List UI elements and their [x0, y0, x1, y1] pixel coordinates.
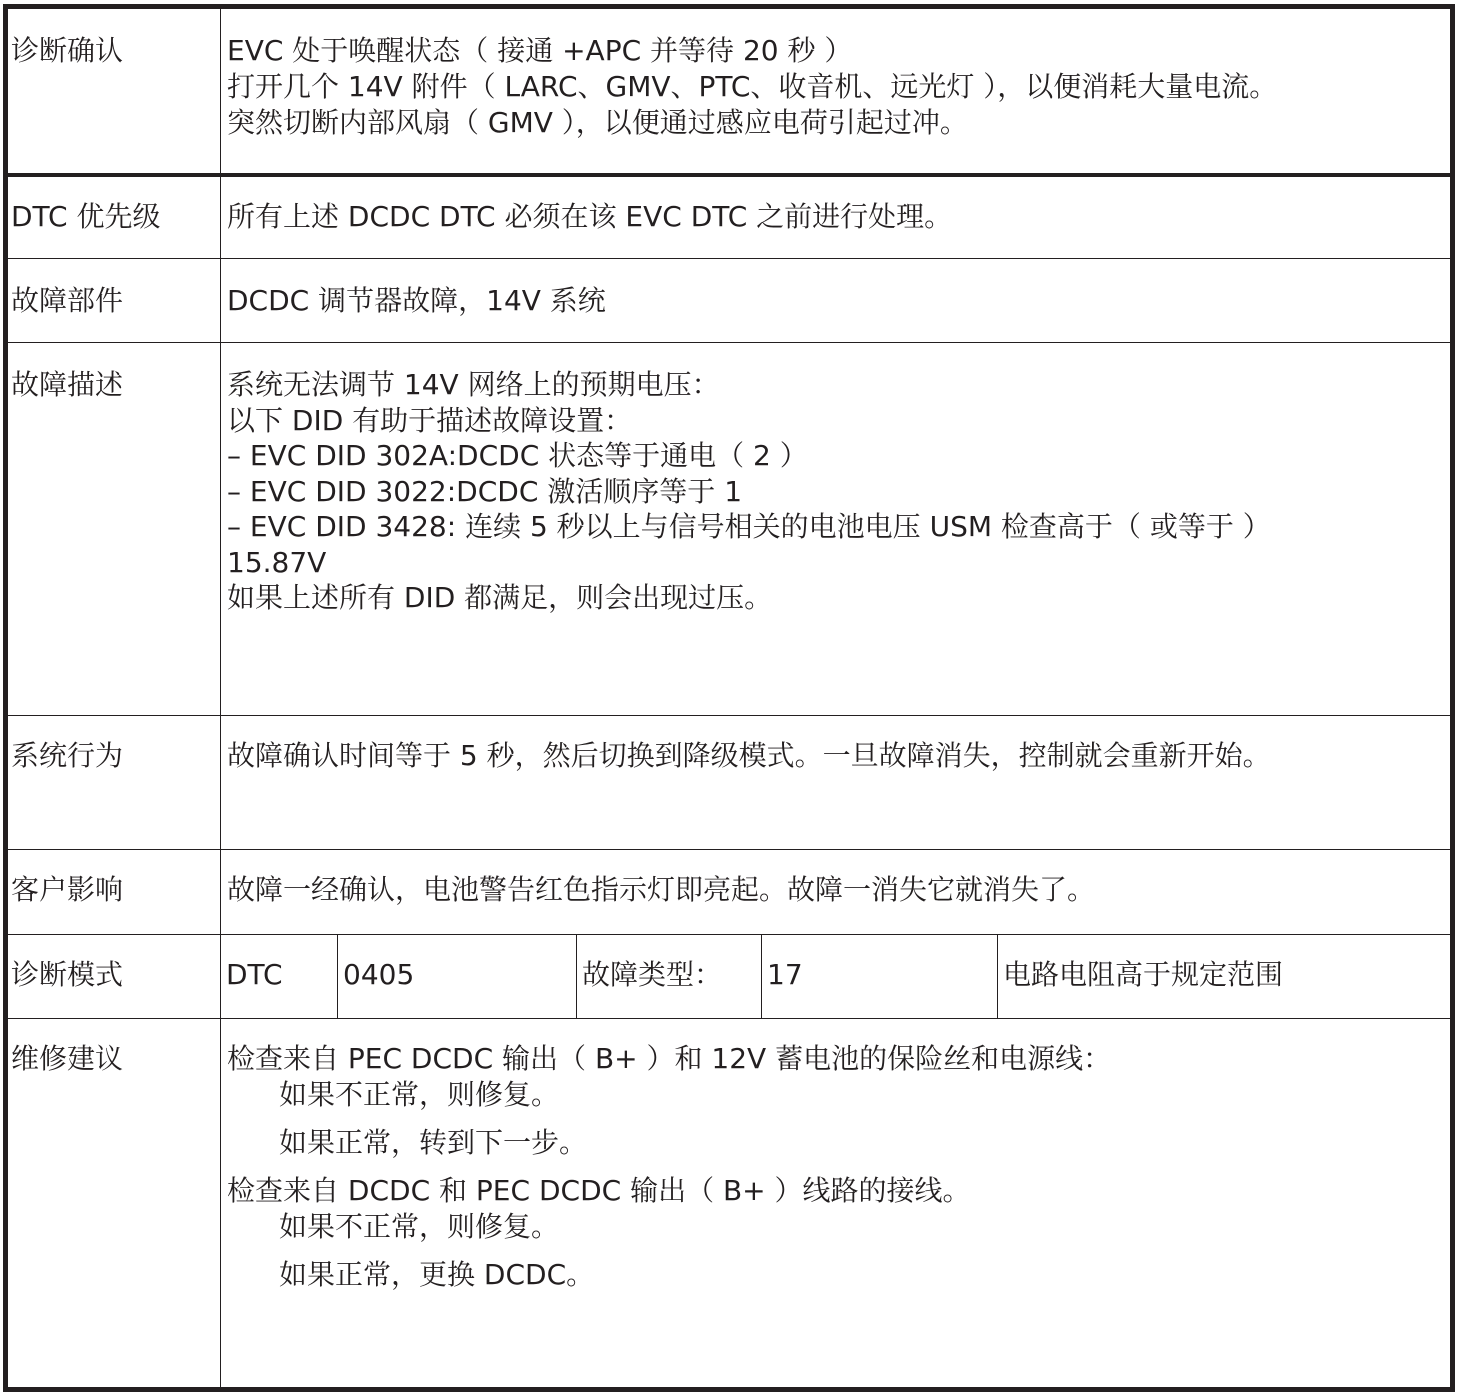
row-label: 系统行为 [8, 716, 221, 849]
repair-step: 检查来自 DCDC 和 PEC DCDC 输出（ B+ ）线路的接线。 [227, 1173, 1450, 1209]
text-line: 故障一经确认，电池警告红色指示灯即亮起。故障一消失它就消失了。 [227, 872, 1450, 908]
text-line: 如果上述所有 DID 都满足，则会出现过压。 [227, 580, 1450, 616]
fault-type-description-cell: 电路电阻高于规定范围 [998, 935, 1450, 1018]
row-content: 所有上述 DCDC DTC 必须在该 EVC DTC 之前进行处理。 [221, 177, 1450, 258]
row-label: 维修建议 [8, 1019, 221, 1387]
text-line: DCDC 调节器故障，14V 系统 [227, 283, 1450, 319]
row-diagnostic-confirmation: 诊断确认 EVC 处于唤醒状态（ 接通 +APC 并等待 20 秒 ） 打开几个… [8, 9, 1450, 173]
row-customer-impact: 客户影响 故障一经确认，电池警告红色指示灯即亮起。故障一消失它就消失了。 [8, 849, 1450, 934]
fault-type-value-cell: 17 [762, 935, 998, 1018]
repair-substep: 如果正常，转到下一步。 [227, 1125, 1450, 1161]
text-line: 以下 DID 有助于描述故障设置： [227, 403, 1450, 439]
repair-step: 检查来自 PEC DCDC 输出（ B+ ）和 12V 蓄电池的保险丝和电源线： [227, 1041, 1450, 1077]
text-line: 15.87V [227, 545, 1450, 581]
row-faulty-component: 故障部件 DCDC 调节器故障，14V 系统 [8, 258, 1450, 342]
text-line: EVC 处于唤醒状态（ 接通 +APC 并等待 20 秒 ） [227, 33, 1450, 69]
repair-substep: 如果正常，更换 DCDC。 [227, 1257, 1450, 1293]
row-dtc-priority: DTC 优先级 所有上述 DCDC DTC 必须在该 EVC DTC 之前进行处… [8, 173, 1450, 258]
row-system-behavior: 系统行为 故障确认时间等于 5 秒，然后切换到降级模式。一旦故障消失，控制就会重… [8, 715, 1450, 849]
row-content: 故障确认时间等于 5 秒，然后切换到降级模式。一旦故障消失，控制就会重新开始。 [221, 716, 1450, 849]
row-content: 故障一经确认，电池警告红色指示灯即亮起。故障一消失它就消失了。 [221, 850, 1450, 934]
dtc-label-cell: DTC [221, 935, 338, 1018]
repair-substep: 如果不正常，则修复。 [227, 1077, 1450, 1113]
repair-substep: 如果不正常，则修复。 [227, 1209, 1450, 1245]
row-content: 系统无法调节 14V 网络上的预期电压： 以下 DID 有助于描述故障设置： –… [221, 343, 1450, 715]
text-line: – EVC DID 3022:DCDC 激活顺序等于 1 [227, 474, 1450, 510]
row-label: 诊断模式 [8, 935, 221, 1018]
text-line: 所有上述 DCDC DTC 必须在该 EVC DTC 之前进行处理。 [227, 199, 1450, 235]
row-content: EVC 处于唤醒状态（ 接通 +APC 并等待 20 秒 ） 打开几个 14V … [221, 9, 1450, 173]
text-line: – EVC DID 3428: 连续 5 秒以上与信号相关的电池电压 USM 检… [227, 509, 1450, 545]
fault-type-label-cell: 故障类型： [577, 935, 762, 1018]
row-label: 故障描述 [8, 343, 221, 715]
row-label: DTC 优先级 [8, 177, 221, 258]
row-label: 诊断确认 [8, 9, 221, 173]
row-label: 客户影响 [8, 850, 221, 934]
text-line: 故障确认时间等于 5 秒，然后切换到降级模式。一旦故障消失，控制就会重新开始。 [227, 738, 1450, 774]
text-line: 打开几个 14V 附件（ LARC、GMV、PTC、收音机、远光灯 ），以便消耗… [227, 69, 1450, 105]
text-line: 突然切断内部风扇（ GMV ），以便通过感应电荷引起过冲。 [227, 105, 1450, 141]
row-content: DCDC 调节器故障，14V 系统 [221, 259, 1450, 342]
diagnostic-table: 诊断确认 EVC 处于唤醒状态（ 接通 +APC 并等待 20 秒 ） 打开几个… [3, 4, 1455, 1392]
row-diagnostic-mode: 诊断模式 DTC 0405 故障类型： 17 电路电阻高于规定范围 [8, 934, 1450, 1018]
row-repair-advice: 维修建议 检查来自 PEC DCDC 输出（ B+ ）和 12V 蓄电池的保险丝… [8, 1018, 1450, 1387]
dtc-code-cell: 0405 [338, 935, 577, 1018]
row-fault-description: 故障描述 系统无法调节 14V 网络上的预期电压： 以下 DID 有助于描述故障… [8, 342, 1450, 715]
row-label: 故障部件 [8, 259, 221, 342]
row-content: 检查来自 PEC DCDC 输出（ B+ ）和 12V 蓄电池的保险丝和电源线：… [221, 1019, 1450, 1387]
text-line: – EVC DID 302A:DCDC 状态等于通电（ 2 ） [227, 438, 1450, 474]
text-line: 系统无法调节 14V 网络上的预期电压： [227, 367, 1450, 403]
